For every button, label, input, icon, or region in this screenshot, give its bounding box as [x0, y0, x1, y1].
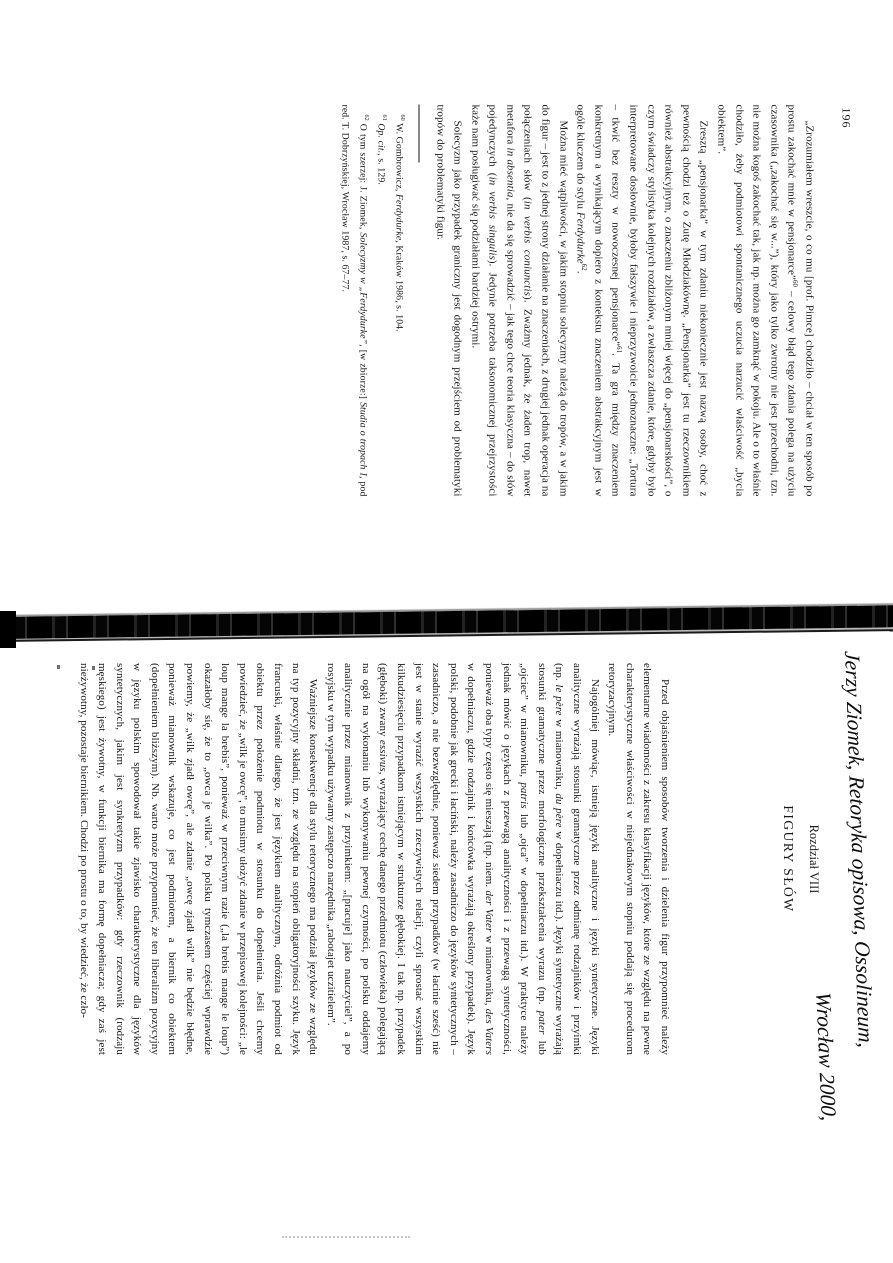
- paragraph: Można mieć wątpliwości, w jakim stopniu …: [465, 104, 571, 496]
- paragraph: 61 Op. cit., s. 129.: [371, 104, 389, 496]
- book-spine-edge-blob: [0, 611, 16, 648]
- footnotes: 60 W. Gombrowicz, Ferdydurke, Kraków 198…: [335, 104, 407, 496]
- right-page-body-text: Przed objaśnieniem sposobów tworzenia i …: [75, 663, 673, 1055]
- paragraph: 60 W. Gombrowicz, Ferdydurke, Kraków 198…: [389, 104, 407, 496]
- left-page-content: 196 „Zrozumiałem wreszcie, o co mu [prof…: [0, 0, 893, 622]
- paragraph: Przed objaśnieniem sposobów tworzenia i …: [603, 663, 673, 1055]
- paragraph: Ważniejsze konsekwencje dla stylu retory…: [75, 663, 321, 1055]
- scan-speck: [57, 665, 60, 669]
- scanned-book-spread: 196 „Zrozumiałem wreszcie, o co mu [prof…: [0, 0, 893, 1263]
- scan-speck: [92, 666, 95, 670]
- page-number: 196: [838, 107, 853, 128]
- chapter-title: FIGURY SŁÓW: [780, 663, 796, 1055]
- right-page: Jerzy Ziomek, Retoryka opisowa, Ossoline…: [0, 646, 893, 1263]
- scan-artifact-dotted-line: [282, 1236, 410, 1238]
- paragraph: Solecyzm jako przypadek graniczny jest d…: [430, 104, 465, 496]
- footnote-rule: [418, 104, 419, 162]
- left-page: 196 „Zrozumiałem wreszcie, o co mu [prof…: [0, 0, 893, 622]
- handwritten-annotation-line1: Jerzy Ziomek, Retoryka opisowa, Ossoline…: [839, 651, 878, 1049]
- paragraph: „Zrozumiałem wreszcie, o co mu [prof. Pi…: [711, 104, 817, 496]
- paragraph: Najogólniej mówiąc, istnieją języki anal…: [321, 663, 603, 1055]
- paragraph: 62 O tym szerzej: J. Ziomek, Solecyzmy w…: [335, 104, 371, 496]
- paragraph: Zresztą „pensjonarka” w tym zdaniu nieko…: [571, 104, 712, 496]
- left-page-body-text: „Zrozumiałem wreszcie, o co mu [prof. Pi…: [430, 104, 817, 496]
- right-page-content: Jerzy Ziomek, Retoryka opisowa, Ossoline…: [0, 646, 893, 1263]
- chapter-label: Rozdział VIII: [806, 663, 821, 1055]
